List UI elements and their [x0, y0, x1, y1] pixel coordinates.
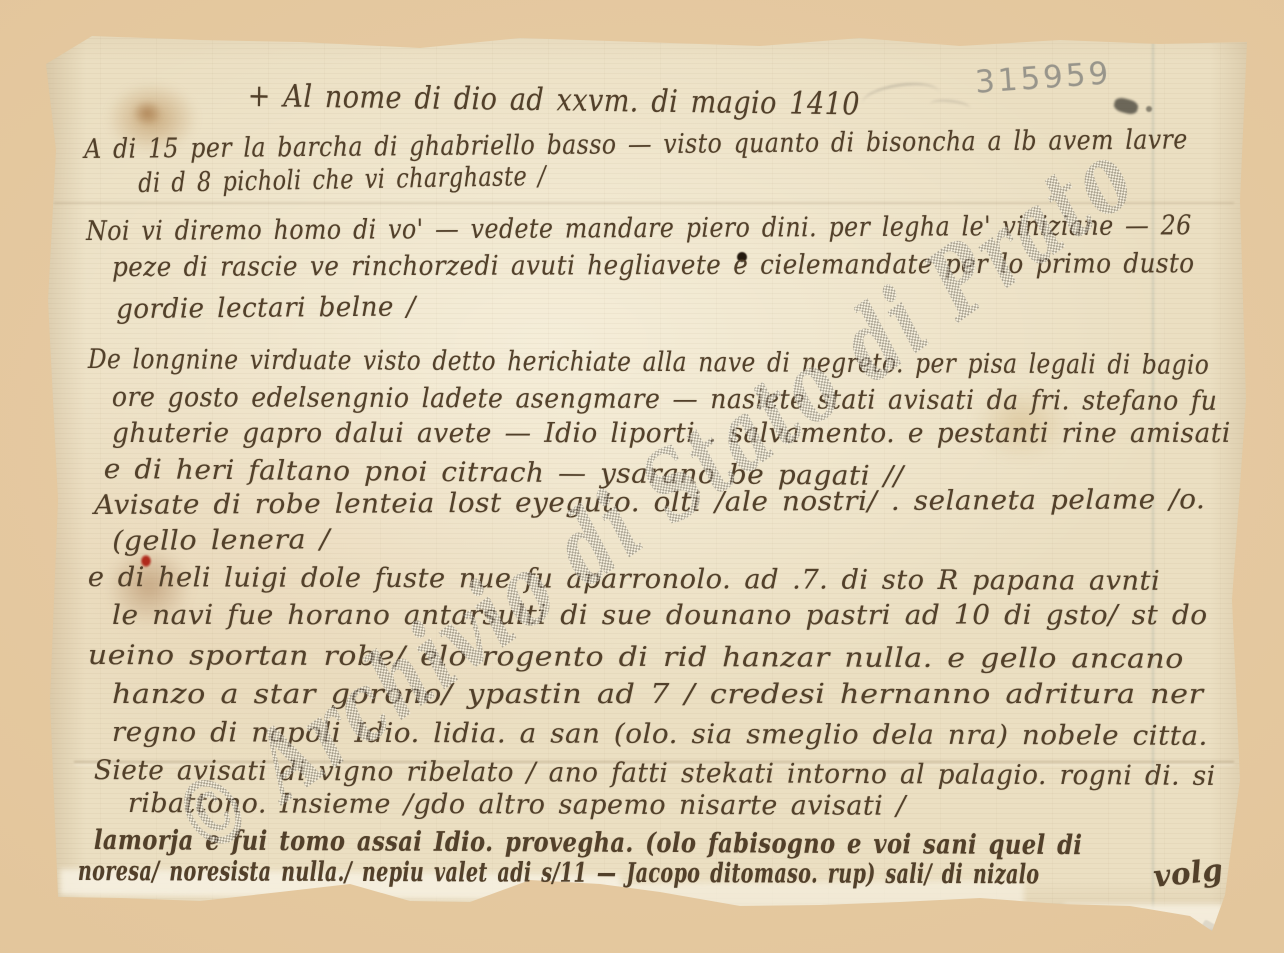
manuscript-line: Noi vi diremo homo di vo' — vedete manda…	[86, 212, 1192, 246]
manuscript-line: (gello lenera /	[112, 526, 330, 556]
manuscript-line: + Al nome di dio ad xxvm. di magio 1410	[248, 80, 861, 121]
manuscript-line: le navi fue horano antarsulti di sue dou…	[112, 602, 1208, 630]
manuscript-line: ghuterie gapro dalui avete — Idio liport…	[112, 420, 1231, 448]
scan-background: + Al nome di dio ad xxvm. di magio 1410A…	[0, 0, 1284, 953]
manuscript-line: De longnine virduate visto detto herichi…	[88, 346, 1209, 380]
manuscript-line: Siete avisati di vigno ribelato / ano fa…	[94, 757, 1216, 791]
manuscript-line: ore gosto edelsengnio ladete asengmare —…	[112, 384, 1217, 416]
manuscript-line: gordie lectari belne /	[116, 293, 416, 324]
manuscript-line: A di 15 per la barcha di ghabriello bass…	[84, 126, 1188, 164]
ink-smudge-dot	[1146, 106, 1152, 112]
manuscript-line: e di heli luigi dole fuste nue fu aparro…	[88, 564, 1160, 596]
manuscript-line: lamorja e fui tomo assai Idio. provegha.…	[94, 827, 1083, 861]
manuscript-line: di d 8 picholi che vi charghaste /	[138, 163, 546, 198]
manuscript-line: peze di rascie ve rinchorzedi avuti hegl…	[112, 250, 1195, 282]
manuscript-line: ribattono. Insieme /gdo altro sapemo nis…	[128, 790, 906, 821]
manuscript-line: noresa/ noresista nulla./ nepiu valet ad…	[78, 858, 1040, 890]
manuscript-text-block: + Al nome di dio ad xxvm. di magio 1410A…	[0, 0, 1284, 953]
manuscript-line: regno di napoli Idio. lidia. a san (olo.…	[112, 719, 1208, 751]
manuscript-line: Avisate di robe lenteia lost eyeguto. ol…	[94, 486, 1205, 520]
manuscript-line: ueino sportan robe/ elo rogento di rid h…	[88, 642, 1184, 674]
manuscript-line: volg	[1152, 855, 1225, 894]
manuscript-line: hanzo a star gorono/ ypastin ad 7 / cred…	[112, 681, 1204, 709]
